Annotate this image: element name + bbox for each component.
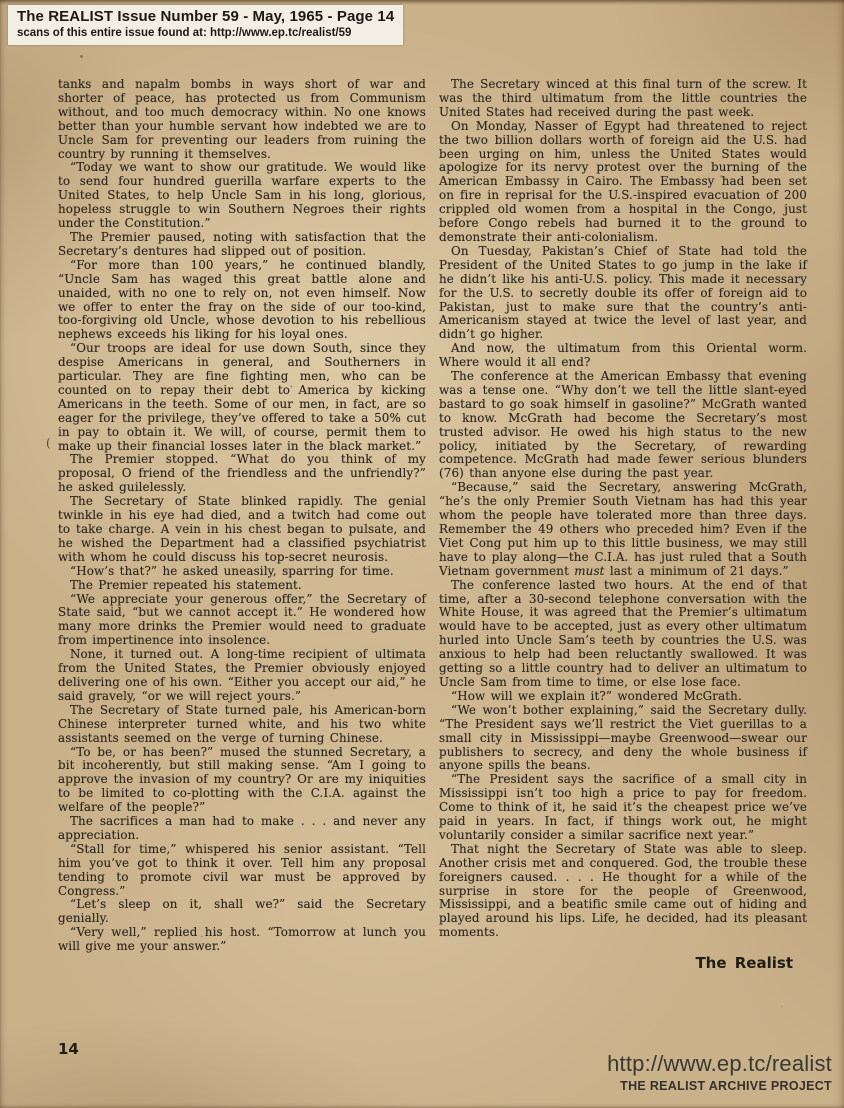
- paragraph: The Premier repeated his statement.: [58, 579, 426, 593]
- paragraph: The sacrifices a man had to make . . . a…: [58, 815, 426, 843]
- paragraph: The Secretary winced at this final turn …: [439, 78, 807, 120]
- paragraph: On Monday, Nasser of Egypt had threatene…: [439, 120, 807, 245]
- page-number: 14: [58, 1040, 79, 1058]
- paragraph: “For more than 100 years,” he continued …: [58, 259, 426, 342]
- paragraph: “To be, or has been?” mused the stunned …: [58, 746, 426, 816]
- paragraph: And now, the ultimatum from this Orienta…: [439, 342, 807, 370]
- article-signature: The Realist: [439, 954, 807, 972]
- print-artifact-mark: (: [46, 436, 51, 450]
- paragraph: tanks and napalm bombs in ways short of …: [58, 78, 426, 161]
- paragraph: The conference at the American Embassy t…: [439, 370, 807, 481]
- column-right: The Secretary winced at this final turn …: [439, 78, 807, 972]
- paragraph: The conference lasted two hours. At the …: [439, 579, 807, 690]
- issue-header-label: The REALIST Issue Number 59 - May, 1965 …: [8, 5, 403, 45]
- issue-header-scan-note: scans of this entire issue found at: htt…: [17, 27, 394, 40]
- scanned-page: The REALIST Issue Number 59 - May, 1965 …: [0, 0, 844, 1108]
- paper-speck: [80, 55, 83, 58]
- paragraph: “How’s that?” he asked uneasily, sparrin…: [58, 565, 426, 579]
- paragraph: On Tuesday, Pakistan’s Chief of State ha…: [439, 245, 807, 342]
- paragraph: “Because,” said the Secretary, answering…: [439, 481, 807, 578]
- paragraph: “We won’t bother explaining,” said the S…: [439, 704, 807, 774]
- column-left: tanks and napalm bombs in ways short of …: [58, 78, 426, 972]
- paragraph: The Secretary of State blinked rapidly. …: [58, 495, 426, 565]
- paragraph: That night the Secretary of State was ab…: [439, 843, 807, 940]
- paragraph: “Today we want to show our gratitude. We…: [58, 161, 426, 231]
- issue-header-title: The REALIST Issue Number 59 - May, 1965 …: [17, 9, 394, 26]
- archive-url: http://www.ep.tc/realist: [432, 1051, 832, 1077]
- paragraph: The Premier paused, noting with satisfac…: [58, 231, 426, 259]
- paragraph: “Very well,” replied his host. “Tomorrow…: [58, 926, 426, 954]
- archive-project-label: THE REALIST ARCHIVE PROJECT: [432, 1079, 832, 1093]
- article-body: tanks and napalm bombs in ways short of …: [58, 78, 807, 972]
- paragraph: None, it turned out. A long-time recipie…: [58, 648, 426, 704]
- paragraph: “Let’s sleep on it, shall we?” said the …: [58, 898, 426, 926]
- paragraph: The Secretary of State turned pale, his …: [58, 704, 426, 746]
- paragraph: “Our troops are ideal for use down South…: [58, 342, 426, 453]
- paragraph: “The President says the sacrifice of a s…: [439, 773, 807, 843]
- paragraph: “Stall for time,” whispered his senior a…: [58, 843, 426, 899]
- paragraph: The Premier stopped. “What do you think …: [58, 453, 426, 495]
- paragraph: “We appreciate your generous offer,” the…: [58, 593, 426, 649]
- archive-footer: http://www.ep.tc/realist THE REALIST ARC…: [432, 1051, 832, 1093]
- paragraph: “How will we explain it?” wondered McGra…: [439, 690, 807, 704]
